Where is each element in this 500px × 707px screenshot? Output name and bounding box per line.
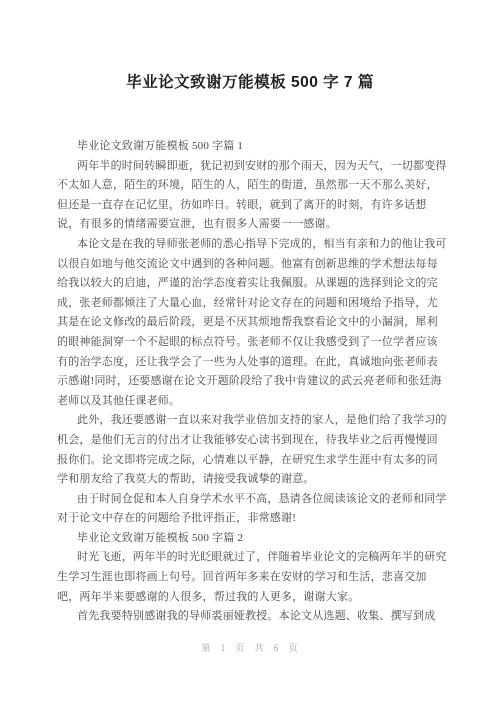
page-number-footer: 第 1 页 共 6 页 (0, 641, 500, 654)
text-line: 有的治学态度，还让我学会了一些为人处事的道理。在此，真诚地向张老师表 (57, 353, 439, 373)
text-line: 此外，我还要感谢一直以来对我学业倍加支持的家人，是他们给了我学习的 (57, 411, 439, 431)
document-page: 毕业论文致谢万能模板 500 字 7 篇 毕业论文致谢万能模板 500 字篇 1… (0, 0, 500, 707)
text-line: 时光飞逝，两年半的时光眨眼就过了，伴随着毕业论文的完稿两年半的研究 (57, 548, 439, 568)
text-line: 对于论文中存在的问题给予批评指正，非常感谢! (57, 509, 439, 529)
text-line: 的眼神能洞穿一个不起眼的标点符号。张老师不仅让我感受到了一位学者应该 (57, 333, 439, 353)
text-line: 老师以及其他任课老师。 (57, 392, 439, 412)
text-line: 吧，两年半来要感谢的人很多，帮过我的人更多，谢谢大家。 (57, 588, 439, 608)
text-line: 生学习生涯也即将画上句号。回首两年多来在安财的学习和生活，悲喜交加 (57, 568, 439, 588)
text-line: 成，张老师都倾注了大量心血，经常针对论文存在的问题和困境给予指导，尤 (57, 294, 439, 314)
document-body: 毕业论文致谢万能模板 500 字篇 1两年半的时间转瞬即逝，犹记初到安财的那个雨… (57, 137, 439, 627)
text-line: 不太如人意，陌生的环境，陌生的人，陌生的街道，虽然那一天不那么美好， (57, 176, 439, 196)
text-line: 报你们。论文即将完成之际，心情难以平静，在研究生求学生涯中有太多的同 (57, 451, 439, 471)
document-title: 毕业论文致谢万能模板 500 字 7 篇 (0, 70, 500, 92)
text-line: 示感谢!同时，还要感谢在论文开题阶段给了我中肯建议的武云亮老师和张廷海 (57, 372, 439, 392)
text-line: 两年半的时间转瞬即逝，犹记初到安财的那个雨天，因为天气，一切都变得 (57, 157, 439, 177)
text-line: 本论文是在我的导师张老师的悉心指导下完成的，相当有亲和力的他让我可 (57, 235, 439, 255)
text-line: 首先我要特别感谢我的导师裘丽娅教授。本论文从选题、收集、撰写到成 (57, 607, 439, 627)
text-line: 其是在论文修改的最后阶段，更是不厌其烦地帮我察看论文中的小漏洞，犀利 (57, 313, 439, 333)
text-line: 给我以较大的启迪，严谨的治学态度着实让我佩服。从课题的选择到论文的完 (57, 274, 439, 294)
text-line: 由于时间仓促和本人自身学术水平不高，恳请各位阅读该论文的老师和同学 (57, 490, 439, 510)
text-line: 但还是一直存在记忆里，彷如昨日。转眼，就到了离开的时刻，有许多话想 (57, 196, 439, 216)
text-line: 毕业论文致谢万能模板 500 字篇 1 (57, 137, 439, 157)
text-line: 以很自如地与他交流论文中遇到的各种问题。他富有创新思维的学术想法每每 (57, 255, 439, 275)
text-line: 学和朋友给了我莫大的帮助，请接受我诚挚的谢意。 (57, 470, 439, 490)
text-line: 说，有很多的情绪需要宣泄，也有很多人需要一一感谢。 (57, 215, 439, 235)
text-line: 机会，是他们无言的付出才让我能够安心读书到现在，待我毕业之后再慢慢回 (57, 431, 439, 451)
text-line: 毕业论文致谢万能模板 500 字篇 2 (57, 529, 439, 549)
